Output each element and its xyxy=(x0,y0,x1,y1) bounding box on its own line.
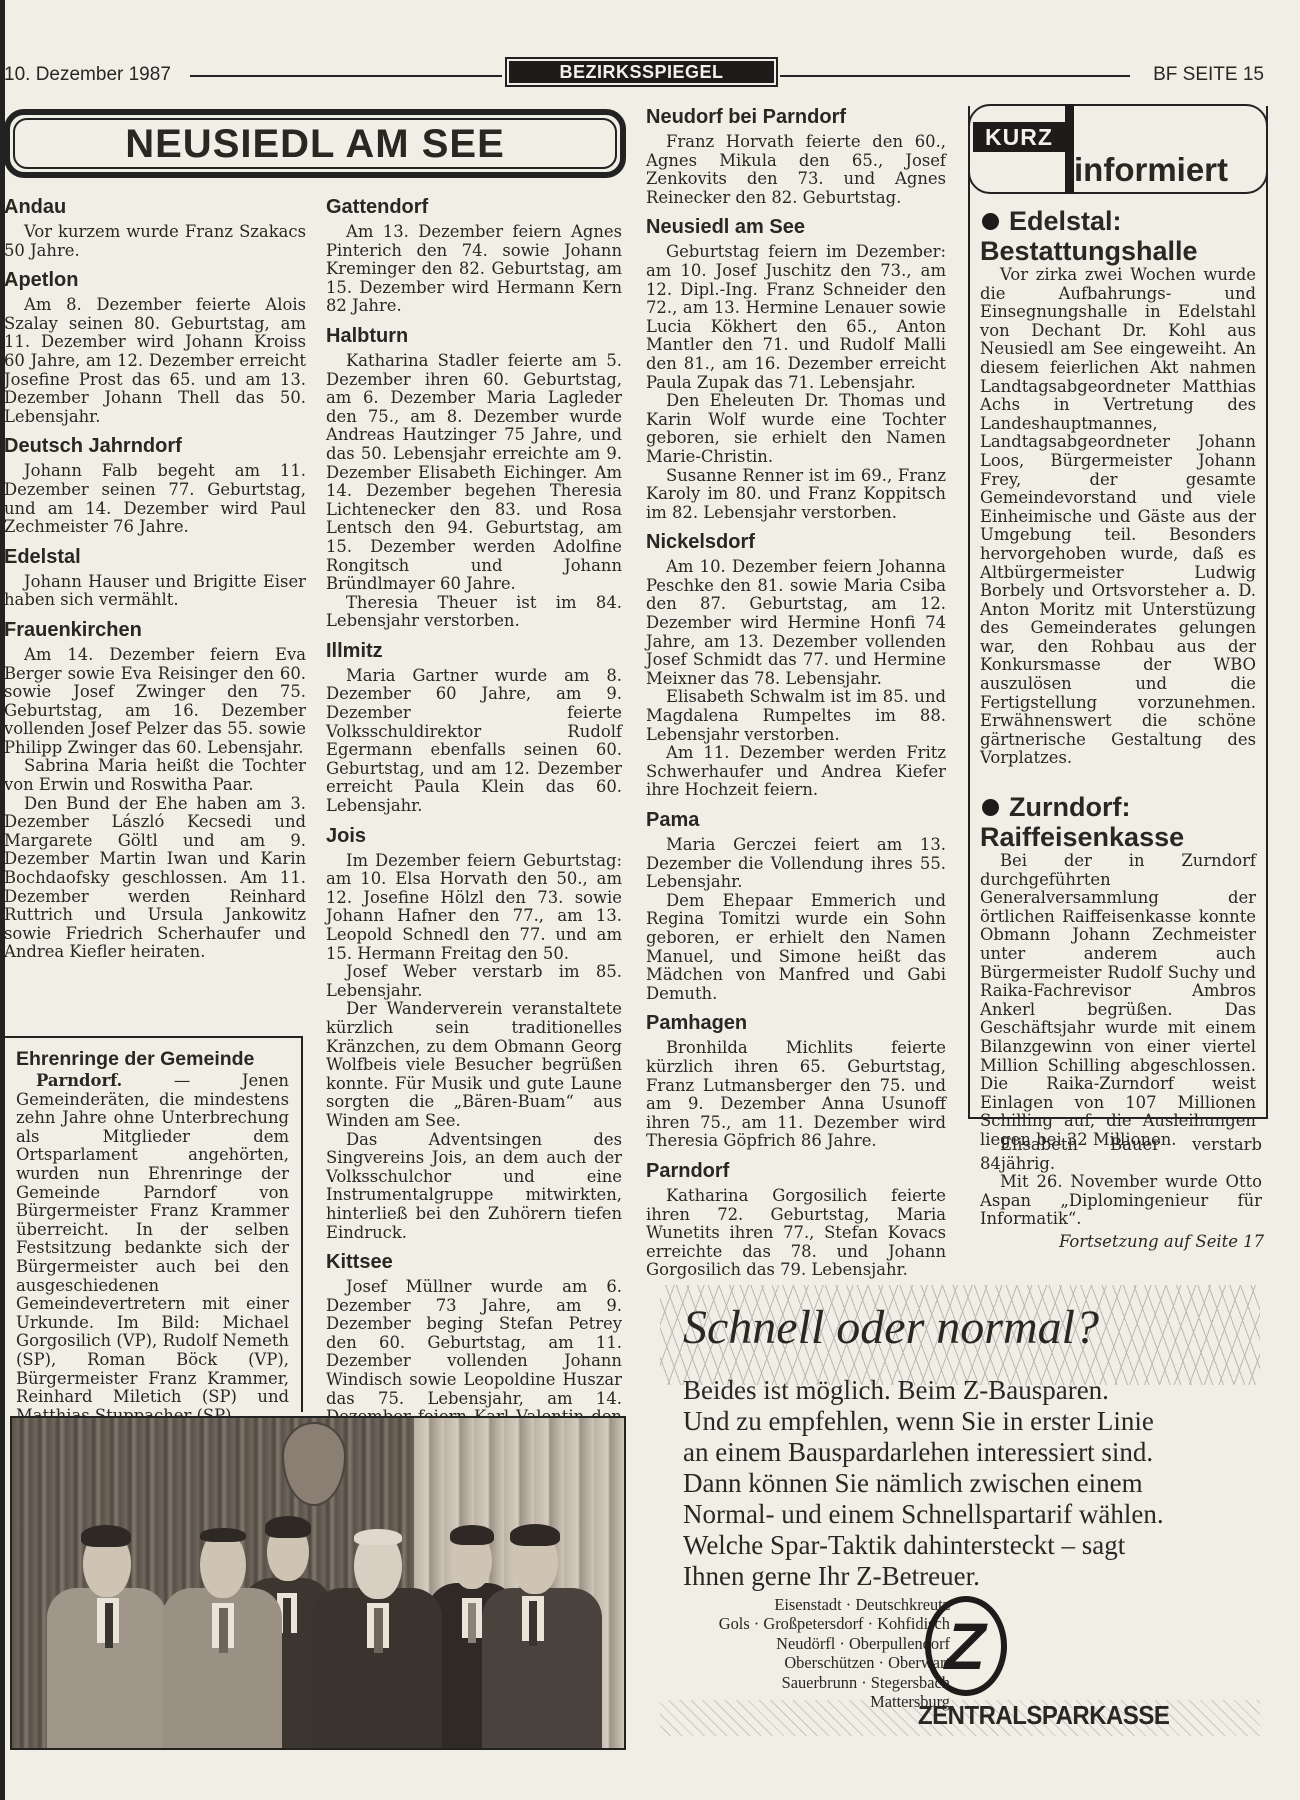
article-text: Franz Horvath feierte den 60., Agnes Mik… xyxy=(646,133,946,207)
ehrenringe-box: Ehrenringe der Gemeinde Parndorf. — Jene… xyxy=(4,1036,303,1412)
neusiedl-continuation-notes: Elisabeth Bauer verstarb 84jährig. Mit 2… xyxy=(980,1136,1262,1229)
bullet-icon xyxy=(982,799,999,816)
article-edelstal: Edelstal Johann Hauser und Brigitte Eise… xyxy=(4,546,306,610)
bullet-icon xyxy=(982,213,999,230)
article-text: Am 10. Dezember feiern Johanna Peschke d… xyxy=(646,558,946,688)
article-frauenkirchen: Frauenkirchen Am 14. Dezember feiern Eva… xyxy=(4,619,306,962)
ad-line: Beides ist möglich. Beim Z-Bausparen. xyxy=(683,1375,1253,1406)
article-text: Maria Gerczei feiert am 13. Dezember die… xyxy=(646,836,946,892)
continuation-link[interactable]: Fortsetzung auf Seite 17 xyxy=(1059,1232,1264,1251)
header-rule-left xyxy=(190,75,502,77)
article-heading: Deutsch Jahrndorf xyxy=(4,435,306,457)
ad-line: Normal- und einem Schnellspartarif wähle… xyxy=(683,1499,1253,1530)
ad-line: Welche Spar-Taktik dahintersteckt – sagt xyxy=(683,1530,1253,1561)
article-halbturn: Halbturn Katharina Stadler feierte am 5.… xyxy=(326,325,622,631)
photo-person xyxy=(47,1513,167,1748)
article-heading: Gattendorf xyxy=(326,196,622,218)
article-heading: Andau xyxy=(4,196,306,218)
group-photo xyxy=(10,1416,626,1750)
article-text: Maria Gartner wurde am 8. Dezember 60 Ja… xyxy=(326,667,622,816)
article-heading: Pama xyxy=(646,809,946,831)
column-1: Andau Vor kurzem wurde Franz Szakacs 50 … xyxy=(4,196,306,962)
column-3: Neudorf bei Parndorf Franz Horvath feier… xyxy=(646,106,946,1280)
section-banner: BEZIRKSSPIEGEL xyxy=(505,57,778,87)
column-2: Gattendorf Am 13. Dezember feiern Agnes … xyxy=(326,196,622,1464)
ad-brand-name: ZENTRALSPARKASSE xyxy=(918,1700,1169,1731)
article-text: Sabrina Maria heißt die Tochter von Erwi… xyxy=(4,757,306,794)
article-text: Katharina Gorgosilich feierte ihren 72. … xyxy=(646,1187,946,1280)
article-text: Den Eheleuten Dr. Thomas und Karin Wolf … xyxy=(646,392,946,466)
kurz-item-zurndorf: Zurndorf:Raiffeisenkasse Bei der in Zurn… xyxy=(980,792,1256,1150)
article-heading: Kittsee xyxy=(326,1251,622,1273)
article-text: Im Dezember feiern Geburtstag: am 10. El… xyxy=(326,852,622,964)
ehrenringe-text: Parndorf. — Jenen Gemeinderäten, die min… xyxy=(16,1072,289,1425)
article-text: Am 11. Dezember werden Fritz Schwerhaufe… xyxy=(646,744,946,800)
article-text: Johann Hauser und Brigitte Eiser haben s… xyxy=(4,573,306,610)
region-title-box: NEUSIEDL AM SEE xyxy=(4,109,626,178)
article-deutsch-jahrndorf: Deutsch Jahrndorf Johann Falb begeht am … xyxy=(4,435,306,536)
region-title: NEUSIEDL AM SEE xyxy=(13,118,617,169)
kurz-item-title-line1: Zurndorf: xyxy=(1009,792,1130,822)
photo-person xyxy=(482,1516,602,1748)
article-nickelsdorf: Nickelsdorf Am 10. Dezember feiern Johan… xyxy=(646,531,946,800)
article-andau: Andau Vor kurzem wurde Franz Szakacs 50 … xyxy=(4,196,306,260)
kurz-item-edelstal: Edelstal:Bestattungshalle Vor zirka zwei… xyxy=(980,206,1256,768)
article-apetlon: Apetlon Am 8. Dezember feierte Alois Sza… xyxy=(4,269,306,426)
ad-branch: Neudörfl · Oberpullendorf xyxy=(700,1634,950,1653)
article-text: Am 8. Dezember feierte Alois Szalay sein… xyxy=(4,296,306,426)
article-text: Josef Weber verstarb im 85. Lebensjahr. xyxy=(326,963,622,1000)
article-text: Am 13. Dezember feiern Agnes Pinterich d… xyxy=(326,223,622,316)
kurz-informiert-bar xyxy=(1065,104,1074,194)
article-heading: Edelstal xyxy=(4,546,306,568)
ad-branch: Sauerbrunn · Stegersbach xyxy=(700,1673,950,1692)
photo-person xyxy=(312,1523,442,1748)
article-heading: Halbturn xyxy=(326,325,622,347)
article-heading: Parndorf xyxy=(646,1160,946,1182)
article-text: Katharina Stadler feierte am 5. Dezember… xyxy=(326,352,622,594)
photo-person xyxy=(162,1518,282,1748)
issue-date: 10. Dezember 1987 xyxy=(4,64,171,86)
ad-line: Ihnen gerne Ihr Z-Betreuer. xyxy=(683,1561,1253,1592)
article-illmitz: Illmitz Maria Gartner wurde am 8. Dezemb… xyxy=(326,640,622,816)
ad-branch: Eisenstadt · Deutschkreutz xyxy=(700,1595,950,1614)
article-neusiedl-am-see: Neusiedl am See Geburtstag feiern im Dez… xyxy=(646,216,946,522)
article-text: Vor kurzem wurde Franz Szakacs 50 Jahre. xyxy=(4,223,306,260)
ad-branch: Gols · Großpetersdorf · Kohfidisch xyxy=(700,1614,950,1633)
informiert-label: informiert xyxy=(1074,152,1228,188)
ad-line: an einem Bauspardarlehen interessiert si… xyxy=(683,1437,1253,1468)
article-heading: Illmitz xyxy=(326,640,622,662)
article-heading: Apetlon xyxy=(4,269,306,291)
kurz-item-title-line2: Bestattungshalle xyxy=(980,236,1198,266)
kurz-informiert-content: Edelstal:Bestattungshalle Vor zirka zwei… xyxy=(980,206,1256,1150)
article-text: Geburtstag feiern im Dezember: am 10. Jo… xyxy=(646,243,946,392)
kurz-item-title-line1: Edelstal: xyxy=(1009,206,1122,236)
article-neudorf-bei-parndorf: Neudorf bei Parndorf Franz Horvath feier… xyxy=(646,106,946,207)
article-parndorf: Parndorf Katharina Gorgosilich feierte i… xyxy=(646,1160,946,1280)
header-rule-right xyxy=(780,75,1130,77)
article-text: Susanne Renner ist im 69., Franz Karoly … xyxy=(646,467,946,523)
kurz-item-title: Edelstal:Bestattungshalle xyxy=(980,206,1256,266)
article-text: Der Wanderverein veranstaltete kürzlich … xyxy=(326,1000,622,1130)
article-heading: Neudorf bei Parndorf xyxy=(646,106,946,128)
ad-line: Und zu empfehlen, wenn Sie in erster Lin… xyxy=(683,1406,1253,1437)
page-number: BF SEITE 15 xyxy=(1153,64,1264,86)
article-text: Dem Ehepaar Emmerich und Regina Tomitzi … xyxy=(646,892,946,1004)
kurz-item-text: Vor zirka zwei Wochen wurde die Aufbahru… xyxy=(980,266,1256,768)
article-text: Den Bund der Ehe haben am 3. Dezember Lá… xyxy=(4,795,306,962)
section-title: BEZIRKSSPIEGEL xyxy=(509,61,774,83)
article-heading: Nickelsdorf xyxy=(646,531,946,553)
article-text: Elisabeth Schwalm ist im 85. und Magdale… xyxy=(646,688,946,744)
article-jois: Jois Im Dezember feiern Geburtstag: am 1… xyxy=(326,825,622,1242)
article-heading: Jois xyxy=(326,825,622,847)
ad-body: Beides ist möglich. Beim Z-Bausparen. Un… xyxy=(683,1375,1253,1592)
article-text: Johann Falb begeht am 11. Dezember seine… xyxy=(4,462,306,536)
ad-line: Dann können Sie nämlich zwischen einem xyxy=(683,1468,1253,1499)
note-text: Mit 26. November wurde Otto Aspan „Diplo… xyxy=(980,1173,1262,1229)
ehrenringe-lead: Parndorf. xyxy=(36,1071,122,1090)
article-heading: Frauenkirchen xyxy=(4,619,306,641)
article-text: Theresia Theuer ist im 84. Lebensjahr ve… xyxy=(326,594,622,631)
photo-crest xyxy=(282,1422,346,1506)
article-text: Bronhilda Michlits feierte kürzlich ihre… xyxy=(646,1039,946,1151)
article-pama: Pama Maria Gerczei feiert am 13. Dezembe… xyxy=(646,809,946,1003)
kurz-label: KURZ xyxy=(973,122,1065,152)
kurz-item-text: Bei der in Zurndorf durchgeführten Gener… xyxy=(980,852,1256,1150)
article-heading: Neusiedl am See xyxy=(646,216,946,238)
kurz-item-title-line2: Raiffeisenkasse xyxy=(980,822,1184,852)
ad-branch-list: Eisenstadt · Deutschkreutz Gols · Großpe… xyxy=(700,1595,950,1711)
article-pamhagen: Pamhagen Bronhilda Michlits feierte kürz… xyxy=(646,1012,946,1151)
ehrenringe-heading: Ehrenringe der Gemeinde xyxy=(16,1048,289,1070)
note-text: Elisabeth Bauer verstarb 84jährig. xyxy=(980,1136,1262,1173)
article-heading: Pamhagen xyxy=(646,1012,946,1034)
article-text: Das Adventsingen des Singvereins Jois, a… xyxy=(326,1131,622,1243)
article-text: Am 14. Dezember feiern Eva Berger sowie … xyxy=(4,646,306,758)
ad-branch: Oberschützen · Oberwart xyxy=(700,1653,950,1672)
ad-headline: Schnell oder normal? xyxy=(683,1300,1099,1356)
article-gattendorf: Gattendorf Am 13. Dezember feiern Agnes … xyxy=(326,196,622,316)
kurz-item-title: Zurndorf:Raiffeisenkasse xyxy=(980,792,1256,852)
ehrenringe-body: — Jenen Gemeinderäten, die mindestens ze… xyxy=(16,1071,289,1425)
